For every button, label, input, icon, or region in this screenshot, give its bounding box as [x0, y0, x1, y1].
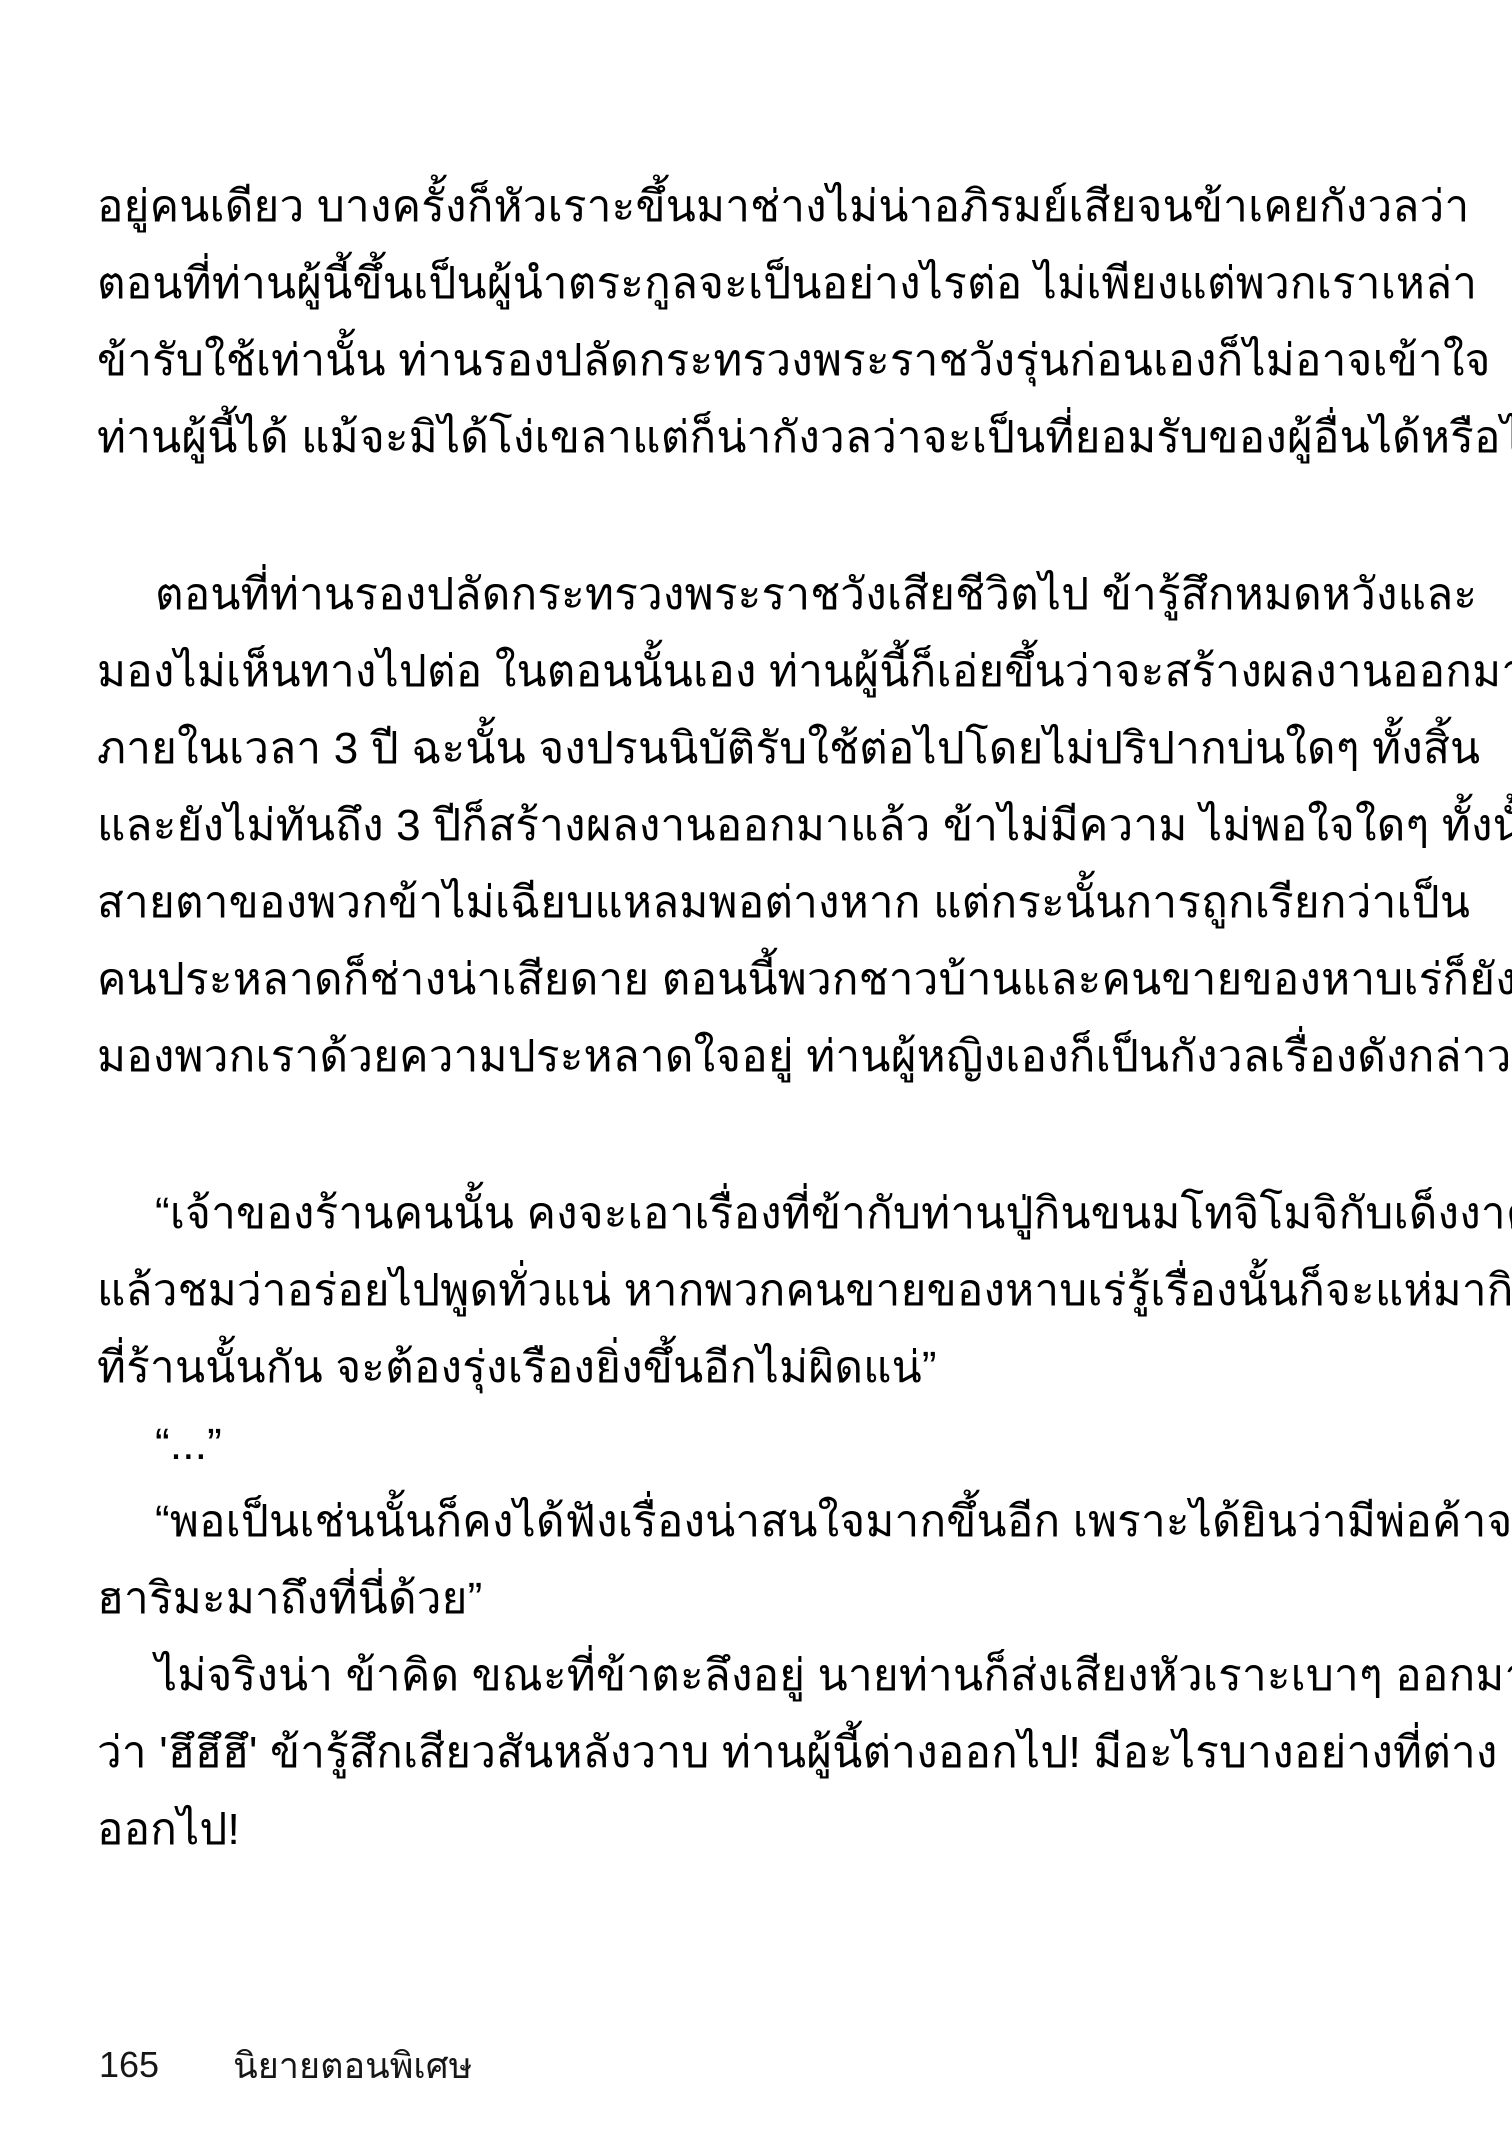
text-line: ฮาริมะมาถึงที่นี่ด้วย”: [97, 1560, 1419, 1637]
text-line: คนประหลาดก็ช่างน่าเสียดาย ตอนนี้พวกชาวบ้…: [97, 941, 1419, 1018]
text-line: มองไม่เห็นทางไปต่อ ในตอนนั้นเอง ท่านผู้น…: [97, 633, 1419, 710]
text-line: และยังไม่ทันถึง 3 ปีก็สร้างผลงานออกมาแล้…: [97, 787, 1419, 864]
paragraph: “...”: [97, 1406, 1419, 1483]
page: อยู่คนเดียว บางครั้งก็หัวเราะขึ้นมาช่างไ…: [0, 0, 1512, 2150]
paragraph: อยู่คนเดียว บางครั้งก็หัวเราะขึ้นมาช่างไ…: [97, 168, 1419, 476]
text-line: สายตาของพวกข้าไม่เฉียบแหลมพอต่างหาก แต่ก…: [97, 864, 1419, 941]
text-line: อยู่คนเดียว บางครั้งก็หัวเราะขึ้นมาช่างไ…: [97, 168, 1419, 245]
text-line: “พอเป็นเช่นนั้นก็คงได้ฟังเรื่องน่าสนใจมา…: [97, 1483, 1419, 1560]
paragraph: ตอนที่ท่านรองปลัดกระทรวงพระราชวังเสียชีว…: [97, 556, 1419, 1095]
text-line: ท่านผู้นี้ได้ แม้จะมิได้โง่เขลาแต่ก็น่าก…: [97, 399, 1419, 476]
text-line: ตอนที่ท่านผู้นี้ขึ้นเป็นผู้นำตระกูลจะเป็…: [97, 245, 1419, 322]
footer-section-title: นิยายตอนพิเศษ: [233, 2037, 472, 2094]
text-line: ไม่จริงน่า ข้าคิด ขณะที่ข้าตะลึงอยู่ นาย…: [97, 1637, 1419, 1714]
text-line: ว่า 'ฮึฮึฮึ' ข้ารู้สึกเสียวสันหลังวาบ ท่…: [97, 1714, 1419, 1791]
text-line: “...”: [97, 1406, 1419, 1483]
text-line: “เจ้าของร้านคนนั้น คงจะเอาเรื่องที่ข้ากั…: [97, 1175, 1419, 1252]
page-number: 165: [99, 2044, 159, 2086]
page-footer: 165 นิยายตอนพิเศษ: [99, 2036, 472, 2094]
paragraph: “พอเป็นเช่นนั้นก็คงได้ฟังเรื่องน่าสนใจมา…: [97, 1483, 1419, 1637]
body-text: อยู่คนเดียว บางครั้งก็หัวเราะขึ้นมาช่างไ…: [97, 168, 1419, 1868]
text-line: ข้ารับใช้เท่านั้น ท่านรองปลัดกระทรวงพระร…: [97, 322, 1419, 399]
text-line: ตอนที่ท่านรองปลัดกระทรวงพระราชวังเสียชีว…: [97, 556, 1419, 633]
text-line: ที่ร้านนั้นกัน จะต้องรุ่งเรืองยิ่งขึ้นอี…: [97, 1329, 1419, 1406]
paragraph: “เจ้าของร้านคนนั้น คงจะเอาเรื่องที่ข้ากั…: [97, 1175, 1419, 1406]
text-line: ภายในเวลา 3 ปี ฉะนั้น จงปรนนิบัติรับใช้ต…: [97, 710, 1419, 787]
text-line: ออกไป!: [97, 1791, 1419, 1868]
text-line: แล้วชมว่าอร่อยไปพูดทั่วแน่ หากพวกคนขายขอ…: [97, 1252, 1419, 1329]
text-line: มองพวกเราด้วยความประหลาดใจอยู่ ท่านผู้หญ…: [97, 1018, 1419, 1095]
paragraph: ไม่จริงน่า ข้าคิด ขณะที่ข้าตะลึงอยู่ นาย…: [97, 1637, 1419, 1868]
